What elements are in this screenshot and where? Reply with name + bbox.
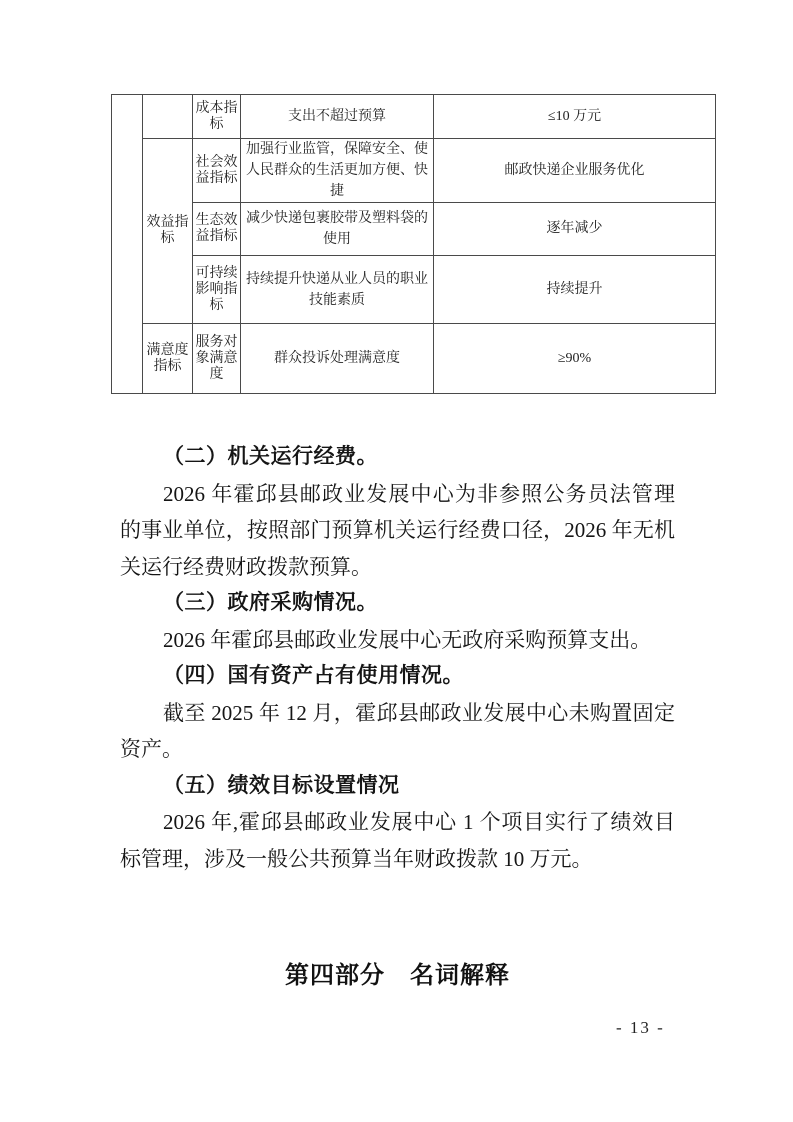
section-heading-5: （五）绩效目标设置情况 (120, 768, 675, 805)
part-four-title: 第四部分 名词解释 (120, 960, 675, 992)
indicator-desc-cell: 加强行业监管，保障安全、使人民群众的生活更加方便、快捷 (241, 139, 434, 203)
paragraph-line: 2026 年霍邱县邮政业发展中心无政府采购预算支出。 (120, 622, 675, 659)
indicator-value-cell: ≥90% (434, 324, 716, 394)
table-row: 效益指标 社会效益指标 加强行业监管，保障安全、使人民群众的生活更加方便、快捷 … (112, 139, 716, 203)
indicator-desc-cell: 群众投诉处理满意度 (241, 324, 434, 394)
page-number: - 13 - (616, 1018, 665, 1038)
indicator-value-cell: 邮政快递企业服务优化 (434, 139, 716, 203)
indicator-value-cell: ≤10 万元 (434, 95, 716, 139)
table-row: 可持续影响指标 持续提升快递从业人员的职业技能素质 持续提升 (112, 256, 716, 324)
table-row: 满意度指标 服务对象满意度 群众投诉处理满意度 ≥90% (112, 324, 716, 394)
paragraph-line: 2026 年霍邱县邮政业发展中心为非参照公务员法管理 (120, 476, 675, 513)
indicator-type-cell: 服务对象满意度 (193, 324, 241, 394)
group-cell-satisfaction: 满意度指标 (143, 324, 193, 394)
section-heading-3: （三）政府采购情况。 (120, 585, 675, 622)
paragraph-line: 的事业单位，按照部门预算机关运行经费口径，2026 年无机 (120, 512, 675, 549)
paragraph-line: 截至 2025 年 12 月，霍邱县邮政业发展中心未购置固定 (120, 695, 675, 732)
indicator-desc-cell: 支出不超过预算 (241, 95, 434, 139)
paragraph-line: 2026 年,霍邱县邮政业发展中心 1 个项目实行了绩效目 (120, 804, 675, 841)
table-row: 成本指标 支出不超过预算 ≤10 万元 (112, 95, 716, 139)
indicator-desc-cell: 持续提升快递从业人员的职业技能素质 (241, 256, 434, 324)
indicator-type-cell: 可持续影响指标 (193, 256, 241, 324)
table-row: 生态效益指标 减少快递包裹胶带及塑料袋的使用 逐年减少 (112, 203, 716, 256)
group-cell-benefit: 效益指标 (143, 139, 193, 324)
document-page: 成本指标 支出不超过预算 ≤10 万元 效益指标 社会效益指标 加强行业监管，保… (0, 0, 793, 1122)
paragraph-line: 关运行经费财政拨款预算。 (120, 549, 675, 586)
performance-indicator-table: 成本指标 支出不超过预算 ≤10 万元 效益指标 社会效益指标 加强行业监管，保… (111, 94, 716, 394)
indicator-type-cell: 成本指标 (193, 95, 241, 139)
indicator-value-cell: 逐年减少 (434, 203, 716, 256)
indicator-value-cell: 持续提升 (434, 256, 716, 324)
section-heading-2: （二）机关运行经费。 (120, 439, 675, 476)
indicator-desc-cell: 减少快递包裹胶带及塑料袋的使用 (241, 203, 434, 256)
paragraph-line: 标管理，涉及一般公共预算当年财政拨款 10 万元。 (120, 841, 675, 878)
group-cell-empty (143, 95, 193, 139)
indicator-type-cell: 生态效益指标 (193, 203, 241, 256)
paragraph-line: 资产。 (120, 731, 675, 768)
continued-merged-cell (112, 95, 143, 394)
section-heading-4: （四）国有资产占有使用情况。 (120, 658, 675, 695)
body-text: （二）机关运行经费。 2026 年霍邱县邮政业发展中心为非参照公务员法管理 的事… (120, 439, 675, 877)
indicator-type-cell: 社会效益指标 (193, 139, 241, 203)
